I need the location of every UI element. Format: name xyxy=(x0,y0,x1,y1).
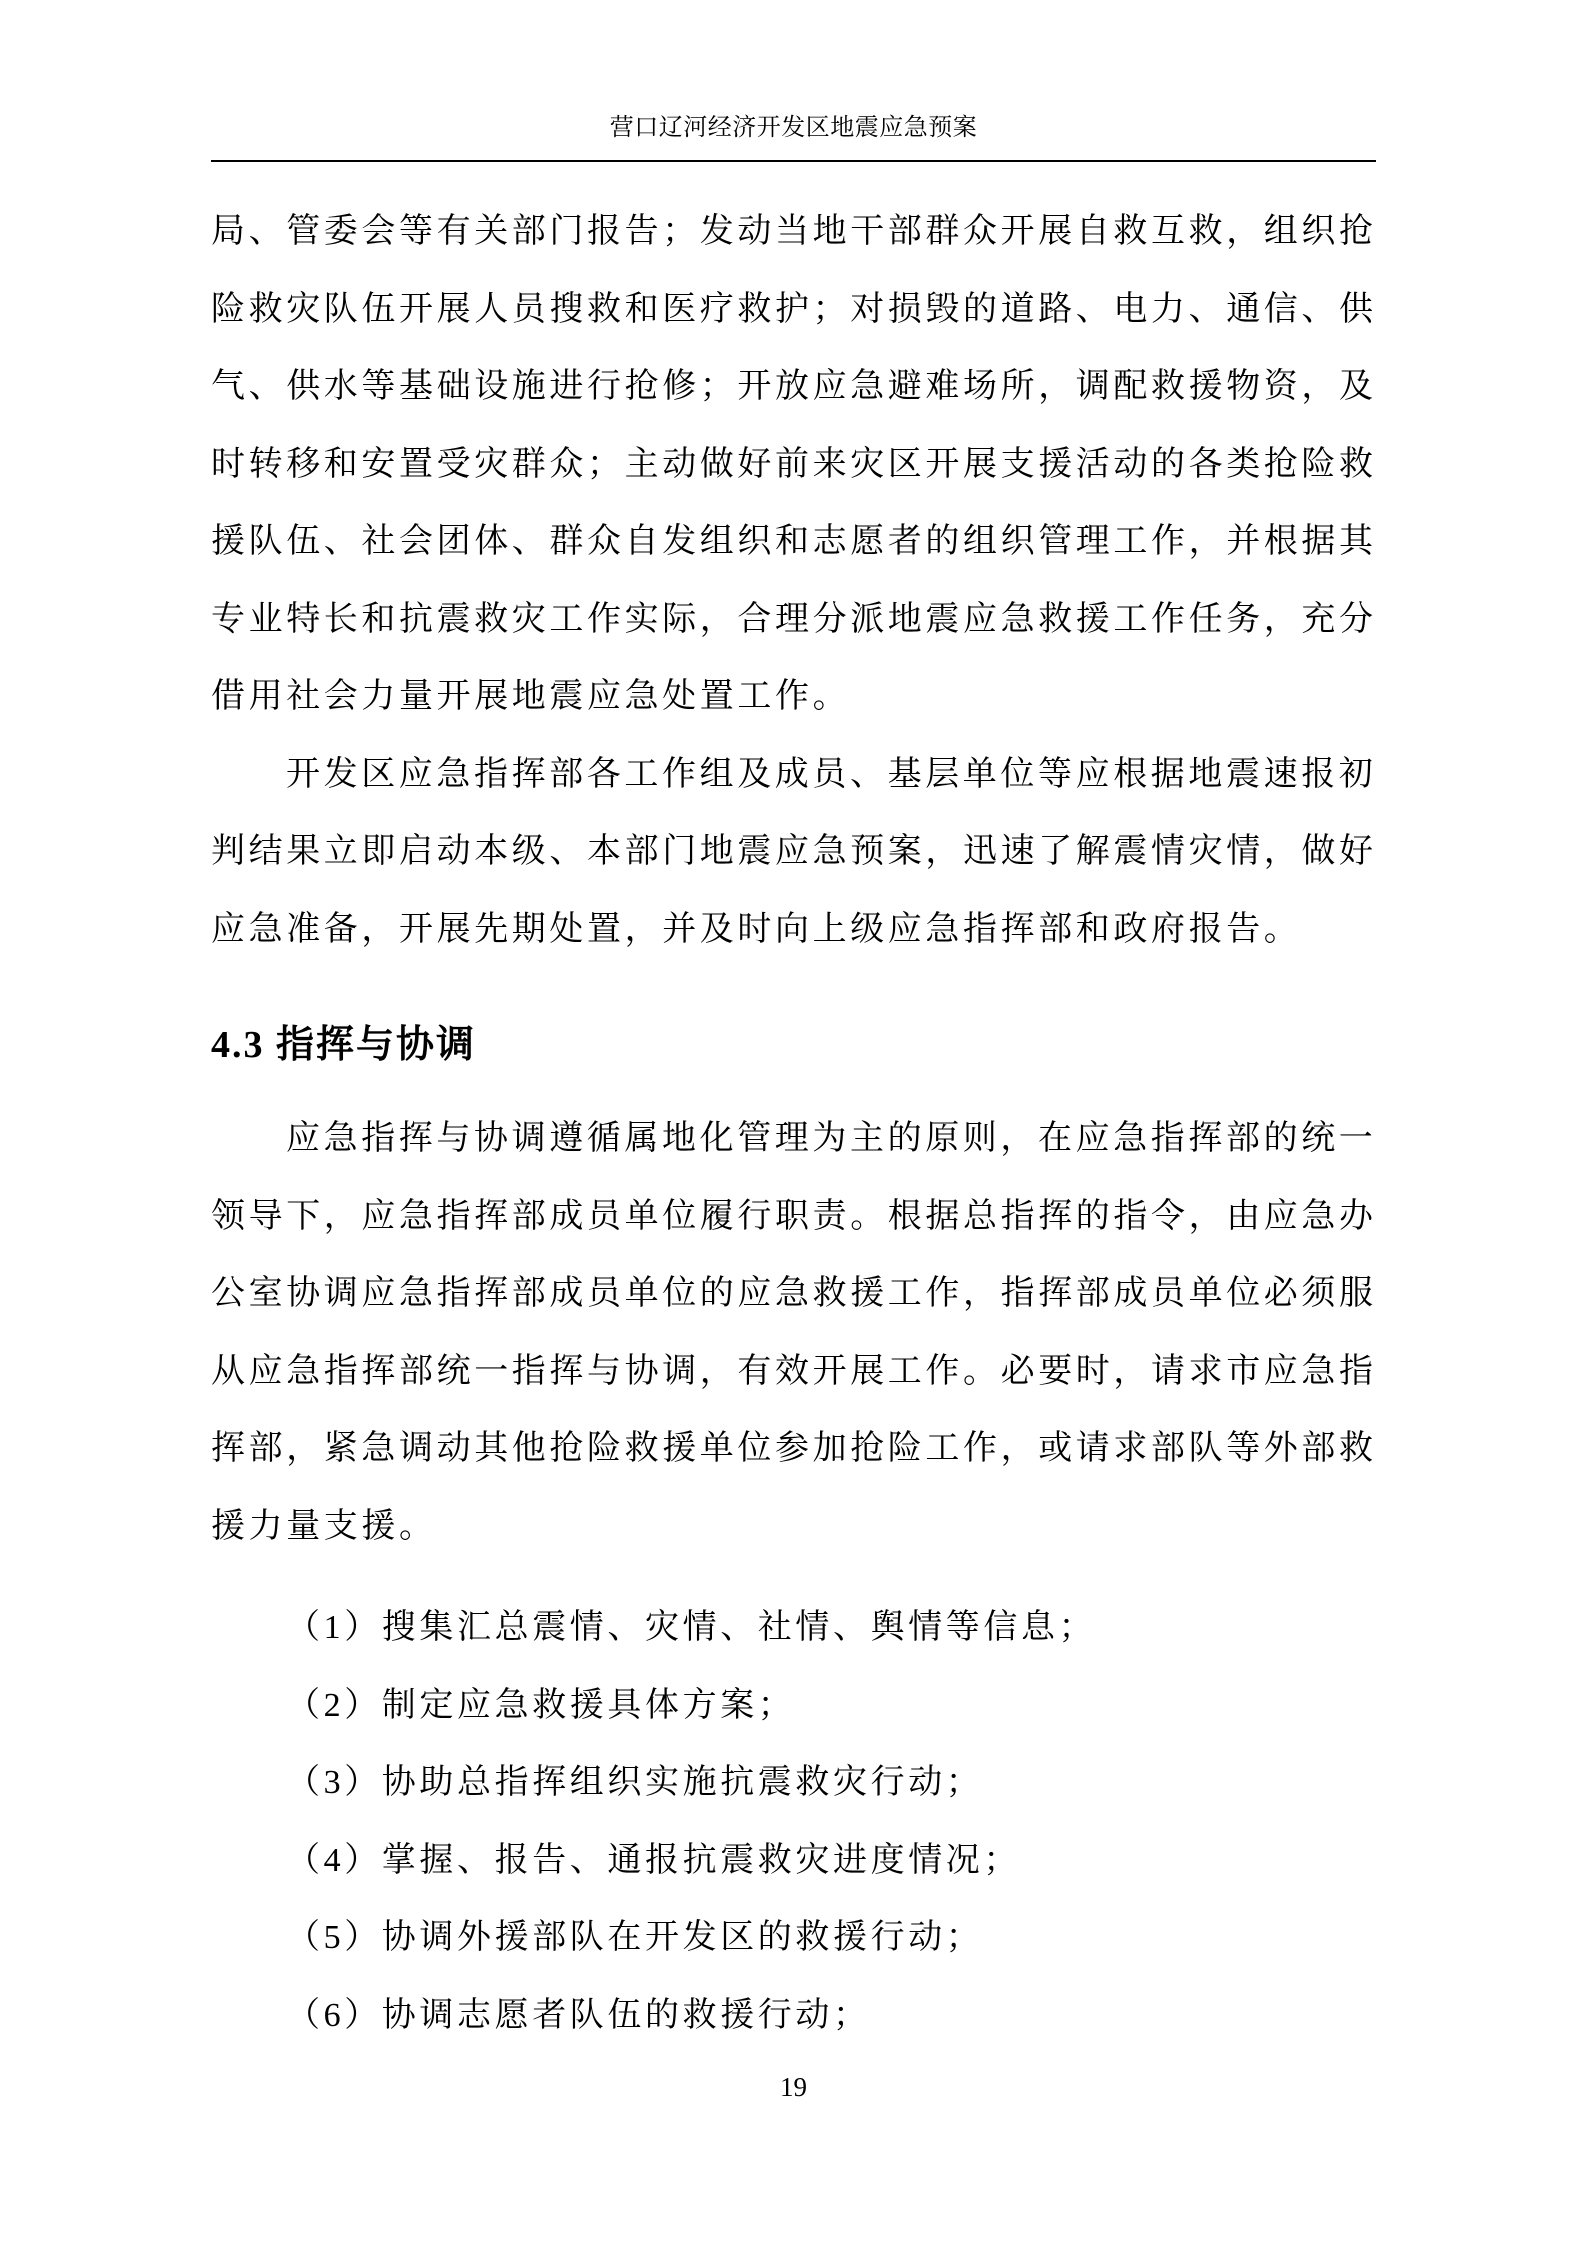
body-line: 开发区应急指挥部各工作组及成员、基层单位等应根据地震速报初 xyxy=(211,736,1381,814)
body-line: 气、供水等基础设施进行抢修；开放应急避难场所，调配救援物资，及 xyxy=(211,348,1381,426)
body-line: 局、管委会等有关部门报告；发动当地干部群众开展自救互救，组织抢 xyxy=(211,193,1381,271)
document-page: 营口辽河经济开发区地震应急预案 局、管委会等有关部门报告；发动当地干部群众开展自… xyxy=(0,0,1587,2245)
body-line: 应急指挥与协调遵循属地化管理为主的原则，在应急指挥部的统一 xyxy=(211,1100,1381,1178)
list-item: （5）协调外援部队在开发区的救援行动； xyxy=(211,1899,1381,1977)
section-heading-4-3: 4.3 指挥与协调 xyxy=(211,1007,476,1084)
paragraph-1: 局、管委会等有关部门报告；发动当地干部群众开展自救互救，组织抢 险救灾队伍开展人… xyxy=(211,193,1381,736)
page-number: 19 xyxy=(0,2072,1587,2102)
body-line: 援队伍、社会团体、群众自发组织和志愿者的组织管理工作，并根据其 xyxy=(211,503,1381,581)
body-line: 专业特长和抗震救灾工作实际，合理分派地震应急救援工作任务，充分 xyxy=(211,581,1381,659)
body-line: 判结果立即启动本级、本部门地震应急预案，迅速了解震情灾情，做好 xyxy=(211,813,1381,891)
body-line: 险救灾队伍开展人员搜救和医疗救护；对损毁的道路、电力、通信、供 xyxy=(211,271,1381,349)
running-header-title: 营口辽河经济开发区地震应急预案 xyxy=(0,112,1587,144)
body-line: 公室协调应急指挥部成员单位的应急救援工作，指挥部成员单位必须服 xyxy=(211,1255,1381,1333)
list-item: （6）协调志愿者队伍的救援行动； xyxy=(211,1977,1381,2055)
numbered-list: （1）搜集汇总震情、灾情、社情、舆情等信息； （2）制定应急救援具体方案； （3… xyxy=(211,1589,1381,2054)
body-line: 时转移和安置受灾群众；主动做好前来灾区开展支援活动的各类抢险救 xyxy=(211,426,1381,504)
list-item: （2）制定应急救援具体方案； xyxy=(211,1667,1381,1745)
body-line: 从应急指挥部统一指挥与协调，有效开展工作。必要时，请求市应急指 xyxy=(211,1333,1381,1411)
paragraph-3: 应急指挥与协调遵循属地化管理为主的原则，在应急指挥部的统一 领导下，应急指挥部成… xyxy=(211,1100,1381,1565)
list-item: （1）搜集汇总震情、灾情、社情、舆情等信息； xyxy=(211,1589,1381,1667)
body-line: 应急准备，开展先期处置，并及时向上级应急指挥部和政府报告。 xyxy=(211,891,1381,969)
list-item: （3）协助总指挥组织实施抗震救灾行动； xyxy=(211,1744,1381,1822)
body-text-block: 应急指挥与协调遵循属地化管理为主的原则，在应急指挥部的统一 领导下，应急指挥部成… xyxy=(211,1100,1381,1565)
body-line: 援力量支援。 xyxy=(211,1488,1381,1566)
paragraph-2: 开发区应急指挥部各工作组及成员、基层单位等应根据地震速报初 判结果立即启动本级、… xyxy=(211,736,1381,969)
body-line: 领导下，应急指挥部成员单位履行职责。根据总指挥的指令，由应急办 xyxy=(211,1178,1381,1256)
body-line: 借用社会力量开展地震应急处置工作。 xyxy=(211,658,1381,736)
body-line: 挥部，紧急调动其他抢险救援单位参加抢险工作，或请求部队等外部救 xyxy=(211,1410,1381,1488)
body-text-block: 局、管委会等有关部门报告；发动当地干部群众开展自救互救，组织抢 险救灾队伍开展人… xyxy=(211,193,1381,968)
list-item: （4）掌握、报告、通报抗震救灾进度情况； xyxy=(211,1822,1381,1900)
header-rule-divider xyxy=(211,160,1376,162)
